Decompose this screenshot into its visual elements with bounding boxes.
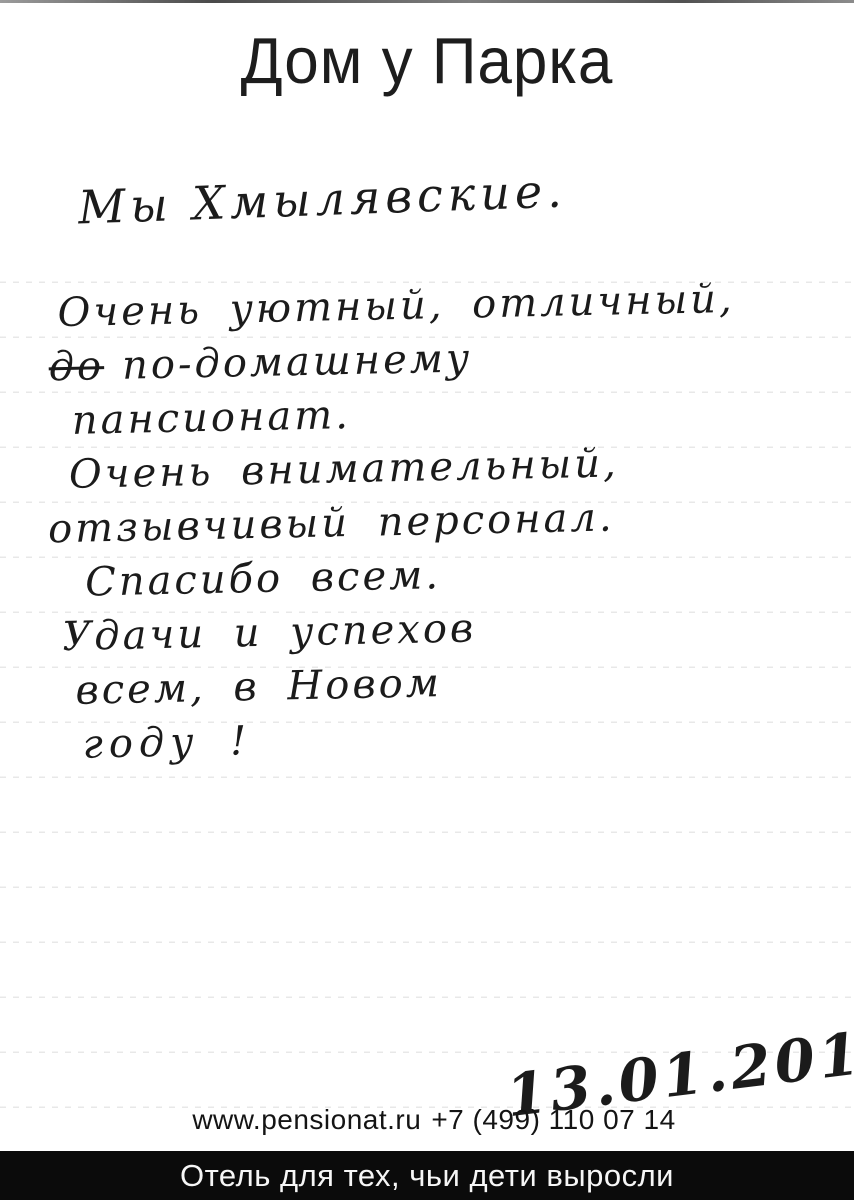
contact-line: www.pensionat.ru+7 (499) 110 07 14	[0, 1104, 854, 1136]
handwritten-review-body: Очень уютный, отличный, допо-домашнему п…	[43, 270, 853, 773]
scanner-edge-artifact	[0, 0, 854, 3]
handwritten-text: по-домашнему	[122, 335, 473, 388]
tagline-bar: Отель для тех, чьи дети выросли	[0, 1151, 854, 1200]
phone-text: +7 (499) 110 07 14	[431, 1104, 675, 1135]
website-text: www.pensionat.ru	[192, 1104, 421, 1135]
tagline-text: Отель для тех, чьи дети выросли	[180, 1158, 674, 1194]
handwritten-salutation: Мы Хмылявские.	[77, 163, 567, 234]
brand-title: Дом у Парка	[0, 25, 854, 99]
scanned-review-page: Дом у Парка Мы Хмылявские. Очень уютный,…	[0, 0, 854, 1200]
crossed-out-word: до	[48, 343, 104, 390]
